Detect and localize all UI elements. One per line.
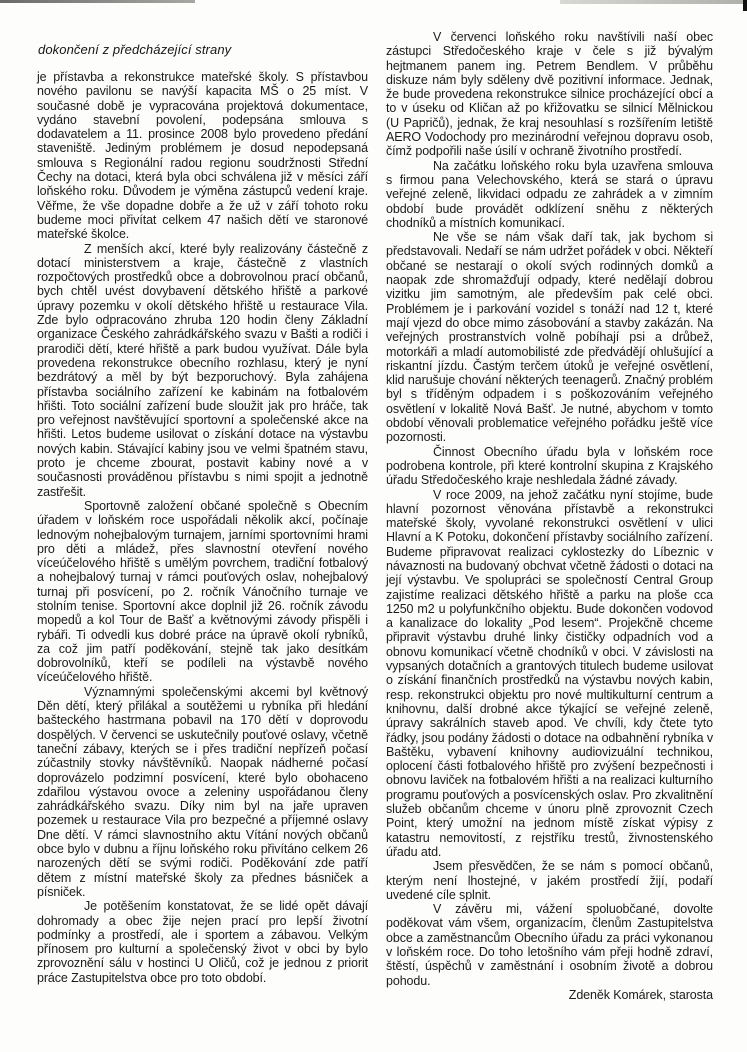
scan-artifact-top-right	[560, 0, 747, 4]
left-column: je přístavba a rekonstrukce mateřské ško…	[37, 70, 368, 985]
paragraph-right-3: Ne vše se nám však daří tak, jak bychom …	[386, 230, 713, 444]
signature-line: Zdeněk Komárek, starosta	[386, 988, 713, 1002]
paragraph-right-1: V červenci loňského roku navštívili naší…	[386, 30, 713, 159]
paragraph-right-2: Na začátku loňského roku byla uzavřena s…	[386, 159, 713, 230]
paragraph-left-5: Je potěšením konstatovat, že se lidé opě…	[37, 899, 368, 985]
newsletter-page: dokončení z předcházející strany je přís…	[0, 0, 747, 1052]
paragraph-left-3: Sportovně založení občané společně s Obe…	[37, 499, 368, 685]
paragraph-right-4: Činnost Obecního úřadu byla v loňském ro…	[386, 445, 713, 488]
right-column: V červenci loňského roku navštívili naší…	[386, 30, 713, 1002]
scan-artifact-corner-tick	[743, 0, 747, 11]
paragraph-right-6: Jsem přesvědčen, že se nám s pomocí obča…	[386, 859, 713, 902]
paragraph-left-1: je přístavba a rekonstrukce mateřské ško…	[37, 70, 368, 242]
paragraph-left-4: Významnými společenskými akcemi byl květ…	[37, 685, 368, 899]
paragraph-right-7: V závěru mi, vážení spoluobčané, dovolte…	[386, 902, 713, 988]
paragraph-right-5: V roce 2009, na jehož začátku nyní stojí…	[386, 488, 713, 860]
paragraph-left-2: Z menších akcí, které byly realizovány č…	[37, 242, 368, 499]
continuation-note: dokončení z předcházející strany	[38, 42, 231, 57]
scan-artifact-top-left	[0, 0, 195, 3]
